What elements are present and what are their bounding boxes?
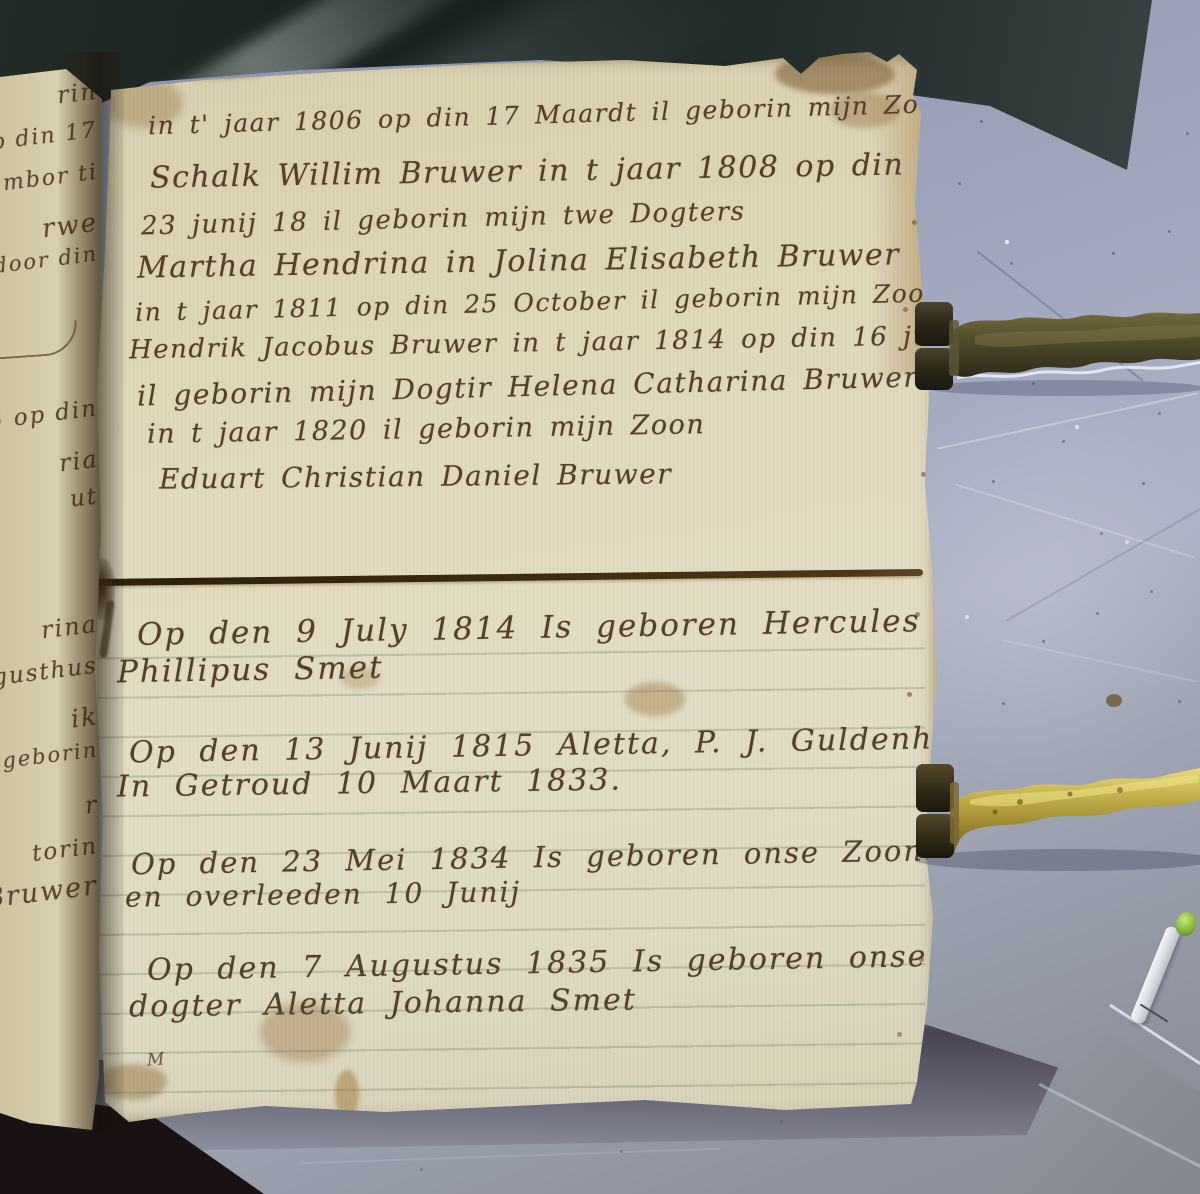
manuscript-fragment: t door din [0,242,99,281]
table-sparkle [1005,240,1009,244]
manuscript-line: Martha Hendrina in Jolina Elisabeth Bruw… [137,237,901,285]
clasp-speckle [1117,787,1123,793]
clasp-hinge [915,348,953,390]
manuscript-line: in t' jaar 1806 op din 17 Maardt il gebo… [148,89,940,140]
manuscript-fragment: rwe [40,208,99,245]
manuscript-fragment: ut [68,483,99,512]
manuscript-line: in t jaar 1820 il geborin mijn Zoon [147,409,706,450]
manuscript-fragment: Bruwer [0,870,99,915]
register-page: in t' jaar 1806 op din 17 Maardt il gebo… [85,52,940,1127]
manuscript-line: en overleeden 10 Junij [125,875,522,914]
manuscript-fragment: gusthus [0,653,99,692]
photo-of-open-register-book: rin op din 17 tembor ti rwe t door din 9… [0,0,1200,1194]
clasp-shadow [925,380,1200,396]
ink-bracket [0,320,79,360]
manuscript-fragment: ik [69,701,99,733]
clasp-hinge [915,302,953,346]
manuscript-line: Eduart Christian Daniel Bruwer [159,457,672,495]
brass-clasp-bottom [900,742,1200,882]
manuscript-line: il geborin mijn Dogtir Helena Catharina … [137,360,919,412]
hinge-pin [949,320,959,376]
clasp-speckle [1017,799,1023,805]
manuscript-line: Hendrik Jacobus Bruwer in t jaar 1814 op… [129,321,940,366]
manuscript-fragment: is geborin [0,737,99,776]
hinge-pin [950,782,959,844]
clasp-hinge [916,814,954,858]
footnote-mark: M [146,1049,166,1070]
facing-page-edge: rin op din 17 tembor ti rwe t door din 9… [0,55,102,1135]
manuscript-fragment: r [83,790,100,819]
manuscript-line: Schalk Willim Bruwer in t jaar 1808 op d… [150,147,905,195]
manuscript-fragment: 95 op din [0,395,99,436]
clasp-shadow [915,849,1200,871]
manuscript-line: dogter Aletta Johanna Smet [129,982,637,1024]
clasp-speckle [993,810,998,815]
clasp-hinge [916,764,954,812]
manuscript-fragment: ria [57,445,100,478]
table-spot [1106,694,1122,707]
ink-divider-line [91,569,923,586]
clasp-speckle [1068,792,1073,797]
manuscript-fragment: op din 17 [0,118,99,158]
manuscript-fragment: rina [40,610,100,645]
manuscript-line: 23 junij 18 il geborin mijn twe Dogters [141,197,746,242]
manuscript-line: In Getroud 10 Maart 1833. [117,762,622,804]
manuscript-fragment: torin [30,833,99,867]
manuscript-line: in t jaar 1811 op din 25 October il gebo… [135,278,940,327]
manuscript-fragment: tembor ti [0,160,99,200]
manuscript-line: Phillipus Smet [117,650,384,691]
brass-clasp-top [905,296,1200,400]
